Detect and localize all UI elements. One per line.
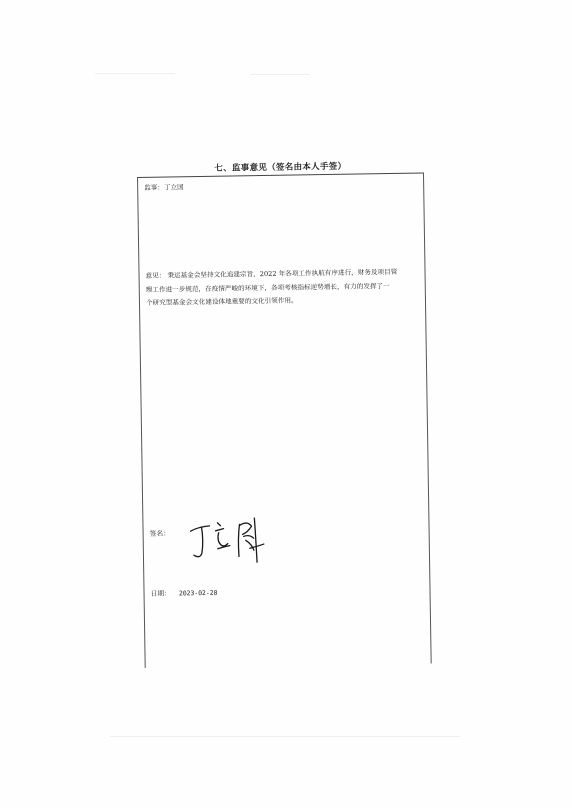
supervisor-opinion-form: 七、监事意见（签名由本人手签） 监事：丁立国 意见： 秉运基金会坚持文化追建宗旨… [137,172,432,668]
signature-label: 签名： [150,528,171,538]
date-row: 日期：2023-02-28 [150,587,217,598]
scan-artifact [110,736,460,737]
handwritten-signature [187,516,266,567]
opinion-line: 个研究型基金会文化建设体地重要的文化引领作用。 [146,293,420,311]
date-value: 2023-02-28 [179,589,218,598]
supervisor-row: 监事：丁立国 [144,181,184,195]
scanned-page: 七、监事意见（签名由本人手签） 监事：丁立国 意见： 秉运基金会坚持文化追建宗旨… [0,0,572,808]
date-label: 日期： [150,590,171,598]
form-box: 监事：丁立国 意见： 秉运基金会坚持文化追建宗旨，2022 年各项工作执航有序进… [137,172,432,667]
scan-artifact [250,74,310,75]
opinion-text: 意见： 秉运基金会坚持文化追建宗旨，2022 年各项工作执航有序进行，财务及项目… [145,266,420,311]
supervisor-label: 监事： [144,184,164,192]
scan-artifact [95,73,175,74]
supervisor-name: 丁立国 [164,183,184,191]
